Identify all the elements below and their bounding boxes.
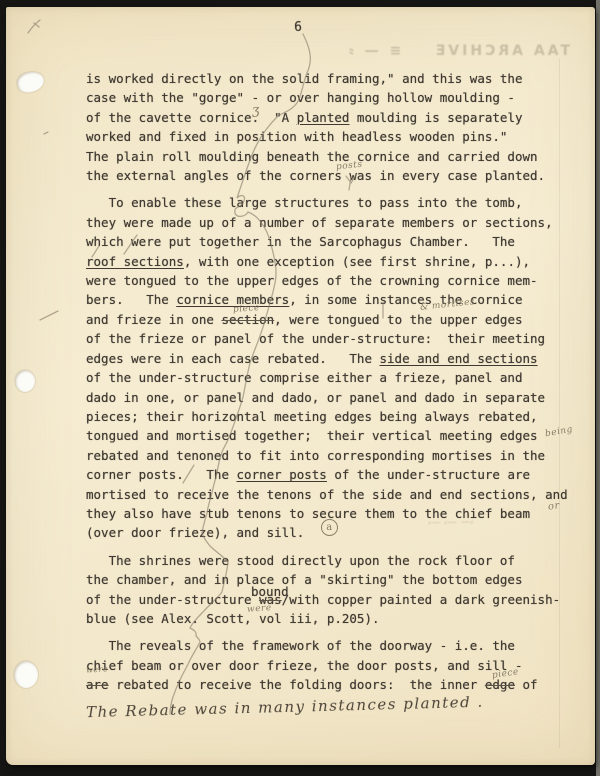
text-segment: rebated to receive the folding doors: th… — [109, 677, 485, 692]
text-segment: of the frieze or panel of the under-stru… — [86, 331, 545, 346]
circled-a: a — [321, 519, 338, 536]
text-segment: of the cavette cornice. "A — [86, 110, 297, 125]
text-line: roof sections, with one exception (see f… — [86, 252, 568, 271]
text-segment: chief beam or over door frieze, the door… — [86, 658, 523, 673]
punch-hole-middle — [15, 370, 35, 392]
text-segment: mortised to receive the tenons of the si… — [86, 487, 568, 502]
insert-piece: piece — [233, 303, 260, 315]
text-segment: the chamber, and in place of a "skirting… — [86, 572, 523, 587]
text-segment: of the under-structure — [86, 592, 259, 607]
text-line: case with the "gorge" - or over hanging … — [86, 88, 568, 107]
paragraph-4: The reveals of the framework of the door… — [86, 636, 568, 694]
text-segment: dado in one, or panel and dado, or panel… — [86, 390, 545, 405]
text-segment: bers. The — [86, 292, 176, 307]
mirrored-stamp-offset: TAA ARCHIVE ≡ — ⸗ — [345, 42, 570, 59]
underlined-term: planted — [297, 110, 350, 125]
text-segment: , with one exception (see first shrine, … — [184, 254, 530, 269]
text-segment: and frieze in one — [86, 312, 221, 327]
text-segment: of — [515, 677, 538, 692]
text-line: rebated and tenoned to fit into correspo… — [86, 446, 568, 465]
text-segment: case with the "gorge" - or over hanging … — [86, 90, 515, 105]
typed-insert-bound: bound — [251, 584, 289, 599]
text-segment: corner posts. The — [86, 467, 237, 482]
text-segment: , in some instances the cornice — [289, 292, 522, 307]
text-segment: worked and fixed in position with headle… — [86, 129, 507, 144]
text-segment: To enable these large structures to pass… — [86, 195, 523, 210]
margin-or: or — [547, 500, 560, 513]
text-line: bers. The cornice members, in some insta… — [86, 290, 568, 309]
footnote-mark: ʒ — [251, 103, 260, 119]
paragraph-1: is worked directly on the solid framing,… — [86, 69, 568, 185]
text-line: dado in one, or panel and dado, or panel… — [86, 388, 568, 407]
text-line: of the frieze or panel of the under-stru… — [86, 329, 568, 348]
ghost-pencil-line: ⸗— ⸗— —⸗ — [428, 517, 474, 529]
text-line: were tongued to the upper edges of the c… — [86, 271, 568, 290]
text-segment: /with copper painted a dark greenish- — [282, 592, 560, 607]
struck-word: are — [86, 677, 109, 692]
text-segment: which were put together in the Sarcophag… — [86, 234, 515, 249]
text-line: worked and fixed in position with headle… — [86, 127, 568, 146]
text-line: To enable these large structures to pass… — [86, 193, 568, 212]
underlined-term: corner posts — [237, 467, 327, 482]
text-line: The reveals of the framework of the door… — [86, 636, 568, 655]
text-line: blue (see Alex. Scott, vol iii, p.205). — [86, 609, 568, 628]
underlined-term: side and end sections — [380, 351, 538, 366]
text-segment: they were made up of a number of separat… — [86, 215, 553, 230]
text-segment: The shrines were stood directly upon the… — [86, 553, 515, 568]
struck-word: section — [221, 312, 274, 327]
text-segment: edges were in each case rebated. The — [86, 351, 380, 366]
text-segment: were tongued to the upper edges of the c… — [86, 273, 538, 288]
scan-right-edge — [596, 0, 600, 776]
text-line: edges were in each case rebated. The sid… — [86, 349, 568, 368]
text-line: the chamber, and in place of a "skirting… — [86, 570, 568, 589]
text-line: which were put together in the Sarcophag… — [86, 232, 568, 251]
text-line: tongued and mortised together; their ver… — [86, 426, 568, 445]
text-line: of the cavette cornice. "A planted mould… — [86, 108, 568, 127]
text-segment: rebated and tenoned to fit into correspo… — [86, 448, 545, 463]
text-segment: is worked directly on the solid framing,… — [86, 71, 523, 86]
text-segment: pieces; their horizontal meeting edges b… — [86, 409, 538, 424]
text-line: of the under-structure comprise either a… — [86, 368, 568, 387]
paragraph-2: To enable these large structures to pass… — [86, 193, 568, 542]
text-line: and frieze in one section, were tongued … — [86, 310, 568, 329]
text-line: of the under-structure was/with copper p… — [86, 590, 568, 609]
text-line: The shrines were stood directly upon the… — [86, 551, 568, 570]
punch-hole-bottom — [14, 661, 38, 688]
typed-text: is worked directly on the solid framing,… — [86, 69, 568, 703]
text-segment: tongued and mortised together; their ver… — [86, 428, 538, 443]
text-line: mortised to receive the tenons of the si… — [86, 485, 568, 504]
text-line: they were made up of a number of separat… — [86, 213, 568, 232]
text-line: The plain roll moulding beneath the corn… — [86, 147, 568, 166]
text-line: corner posts. The corner posts of the un… — [86, 465, 568, 484]
text-line: the external angles of the corners was i… — [86, 166, 568, 185]
paragraph-3: The shrines were stood directly upon the… — [86, 551, 568, 629]
text-segment: The plain roll moulding beneath the corn… — [86, 149, 538, 164]
text-line: is worked directly on the solid framing,… — [86, 69, 568, 88]
text-segment: blue (see Alex. Scott, vol iii, p.205). — [86, 611, 380, 626]
insert-were: were — [247, 603, 272, 615]
text-segment: of the under-structure are — [327, 467, 530, 482]
underlined-term: roof sections — [86, 254, 184, 269]
page-number: 6 — [288, 20, 308, 35]
text-segment: (over door frieze), and sill. — [86, 525, 304, 540]
text-segment: moulding is separately — [349, 110, 522, 125]
insert-were-2: were — [86, 664, 109, 675]
text-segment: the external angles of the corners was i… — [86, 168, 545, 183]
text-line: pieces; their horizontal meeting edges b… — [86, 407, 568, 426]
text-segment: of the under-structure comprise either a… — [86, 370, 523, 385]
text-segment: , were tongued to the upper edges — [274, 312, 522, 327]
text-segment: The reveals of the framework of the door… — [86, 638, 515, 653]
